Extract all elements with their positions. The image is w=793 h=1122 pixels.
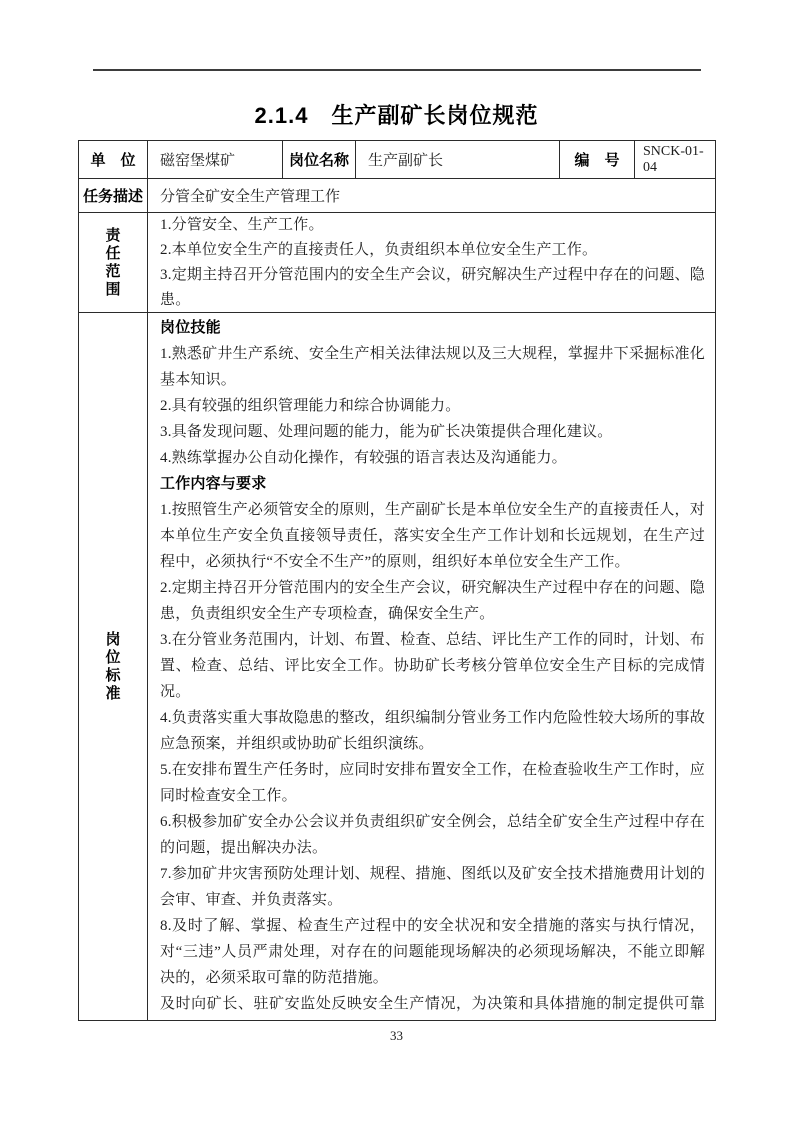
unit-label: 单 位: [79, 141, 147, 178]
table-row-standard: 岗位标准 岗位技能 1.熟悉矿井生产系统、安全生产相关法律法规以及三大规程，掌握…: [79, 312, 715, 1020]
work-item: 3.在分管业务范围内，计划、布置、检查、总结、评比生产工作的同时，计划、布置、检…: [160, 627, 705, 705]
work-item: 及时向矿长、驻矿安监处反映安全生产情况，为决策和具体措施的制定提供可靠的依据。: [160, 991, 705, 1020]
work-item: 6.积极参加矿安全办公会议并负责组织矿安全例会，总结全矿安全生产过程中存在的问题…: [160, 809, 705, 861]
code-value: SNCK-01-04: [634, 141, 717, 178]
page-title: 2.1.4 生产副矿长岗位规范: [0, 99, 793, 130]
skill-item: 1.熟悉矿井生产系统、安全生产相关法律法规以及三大规程，掌握井下采掘标准化基本知…: [160, 341, 705, 393]
table-row-task: 任务描述 分管全矿安全生产管理工作: [79, 178, 715, 212]
skills-heading: 岗位技能: [160, 315, 705, 341]
post-name-value: 生产副矿长: [355, 141, 559, 178]
skill-item: 4.熟练掌握办公自动化操作，有较强的语言表达及沟通能力。: [160, 445, 705, 471]
responsibility-label-text: 责任范围: [105, 227, 122, 299]
work-item: 5.在安排布置生产任务时，应同时安排布置安全工作，在检查验收生产工作时，应同时检…: [160, 757, 705, 809]
standard-label-text: 岗位标准: [105, 631, 122, 703]
responsibility-item: 3.定期主持召开分管范围内的安全生产会议，研究解决生产过程中存在的问题、隐患。: [160, 263, 705, 312]
responsibility-item: 1.分管安全、生产工作。: [160, 213, 705, 238]
standard-label: 岗位标准: [79, 313, 147, 1020]
standard-content: 岗位技能 1.熟悉矿井生产系统、安全生产相关法律法规以及三大规程，掌握井下采掘标…: [147, 313, 715, 1020]
task-value: 分管全矿安全生产管理工作: [147, 179, 715, 212]
document-page: 2.1.4 生产副矿长岗位规范 单 位 磁窑堡煤矿 岗位名称 生产副矿长 编 号…: [0, 0, 793, 1122]
task-label: 任务描述: [79, 179, 147, 212]
skill-item: 2.具有较强的组织管理能力和综合协调能力。: [160, 393, 705, 419]
unit-value: 磁窑堡煤矿: [147, 141, 282, 178]
job-spec-table: 单 位 磁窑堡煤矿 岗位名称 生产副矿长 编 号 SNCK-01-04 任务描述…: [78, 140, 716, 1021]
responsibility-item: 2.本单位安全生产的直接责任人，负责组织本单位安全生产工作。: [160, 238, 705, 263]
responsibility-content: 1.分管安全、生产工作。 2.本单位安全生产的直接责任人，负责组织本单位安全生产…: [147, 213, 715, 312]
work-item: 7.参加矿井灾害预防处理计划、规程、措施、图纸以及矿安全技术措施费用计划的会审、…: [160, 861, 705, 913]
work-item: 2.定期主持召开分管范围内的安全生产会议，研究解决生产过程中存在的问题、隐患，负…: [160, 575, 705, 627]
table-row-header: 单 位 磁窑堡煤矿 岗位名称 生产副矿长 编 号 SNCK-01-04: [79, 141, 715, 178]
work-item: 8.及时了解、掌握、检查生产过程中的安全状况和安全措施的落实与执行情况，对“三违…: [160, 913, 705, 991]
table-row-responsibility: 责任范围 1.分管安全、生产工作。 2.本单位安全生产的直接责任人，负责组织本单…: [79, 212, 715, 312]
work-item: 4.负责落实重大事故隐患的整改，组织编制分管业务工作内危险性较大场所的事故应急预…: [160, 705, 705, 757]
responsibility-label: 责任范围: [79, 213, 147, 312]
header-rule: [93, 69, 701, 71]
post-name-label: 岗位名称: [282, 141, 355, 178]
work-heading: 工作内容与要求: [160, 471, 705, 497]
work-item: 1.按照管生产必须管安全的原则，生产副矿长是本单位安全生产的直接责任人，对本单位…: [160, 497, 705, 575]
skill-item: 3.具备发现问题、处理问题的能力，能为矿长决策提供合理化建议。: [160, 419, 705, 445]
code-label: 编 号: [559, 141, 634, 178]
page-number: 33: [0, 1028, 793, 1044]
